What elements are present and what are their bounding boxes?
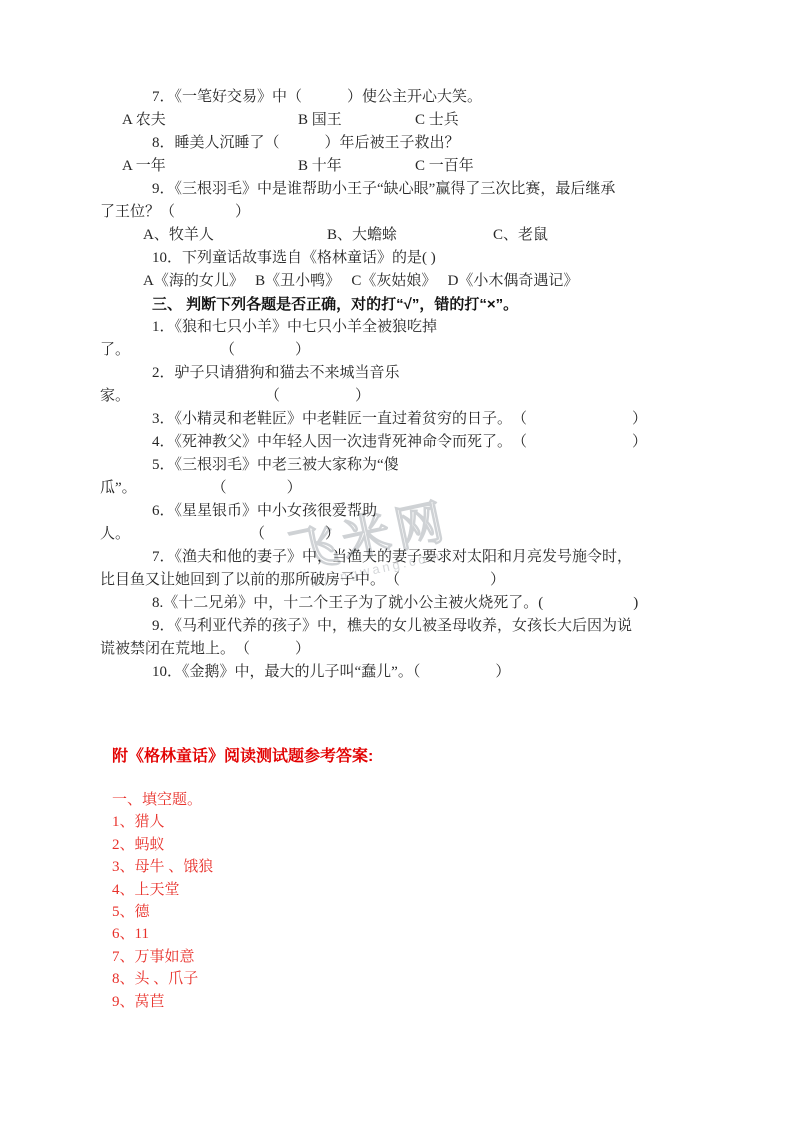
judge-9: 9．《马利亚代养的孩子》中，樵夫的女儿被圣母收养，女孩长大后因为说 [100, 615, 740, 638]
answer-item-9: 9、莴苣 [112, 991, 373, 1013]
judge-1: 1．《狼和七只小羊》中七只小羊全被狼吃掉 [100, 316, 740, 339]
judge-7: 7．《渔夫和他的妻子》中，当渔夫的妻子要求对太阳和月亮发号施令时， [100, 546, 740, 569]
judge-8: 8.《十二兄弟》中，十二个王子为了就小公主被火烧死了。( ) [100, 592, 740, 615]
question-8-options: A 一年 B 十年 C 一百年 [100, 155, 740, 178]
judge-4: 4．《死神教父》中年轻人因一次违背死神命令而死了。 （ ） [100, 431, 740, 454]
quiz-body: 7．《一笔好交易》中（ ）使公主开心大笑。 A 农夫 B 国王 C 士兵 8．睡… [100, 86, 740, 684]
option-b: B、大蟾蜍 [327, 224, 493, 247]
judge-5: 5．《三根羽毛》中老三被大家称为“傻 [100, 454, 740, 477]
option-c: C、老鼠 [493, 224, 548, 247]
option-c: C 士兵 [415, 109, 459, 132]
answer-item-1: 1、猎人 [112, 811, 373, 833]
option-c: C 一百年 [415, 155, 474, 178]
answer-section-title: 一、填空题。 [112, 789, 373, 811]
document-page: 飞米网 kuangwang.com 7．《一笔好交易》中（ ）使公主开心大笑。 … [0, 0, 793, 1122]
section-3-heading: 三、 判断下列各题是否正确，对的打“√”，错的打“×”。 [100, 293, 740, 316]
question-9-wrap: 了王位？（ ） [100, 201, 740, 224]
judge-6: 6．《星星银币》中小女孩很爱帮助 [100, 500, 740, 523]
answer-item-5: 5、德 [112, 901, 373, 923]
judge-6-wrap: 人。 （ ） [100, 523, 740, 546]
option-a: A 一年 [122, 155, 298, 178]
question-9-options: A、牧羊人 B、大蟾蜍 C、老鼠 [100, 224, 740, 247]
question-9: 9．《三根羽毛》中是谁帮助小王子“缺心眼”赢得了三次比赛，最后继承 [100, 178, 740, 201]
option-a: A 农夫 [122, 109, 298, 132]
answer-key-heading: 附《格林童话》阅读测试题参考答案: [112, 747, 373, 767]
option-a: A、牧羊人 [143, 224, 327, 247]
answer-item-3: 3、母牛 、饿狼 [112, 856, 373, 878]
judge-3: 3．《小精灵和老鞋匠》中老鞋匠一直过着贫穷的日子。 （ ） [100, 408, 740, 431]
answer-item-4: 4、上天堂 [112, 879, 373, 901]
question-7: 7．《一笔好交易》中（ ）使公主开心大笑。 [100, 86, 740, 109]
question-10-options: A《海的女儿》 B《丑小鸭》 C《灰姑娘》 D《小木偶奇遇记》 [100, 270, 740, 293]
judge-10: 10．《金鹅》中，最大的儿子叫“蠢儿”。（ ） [100, 661, 740, 684]
answer-item-6: 6、11 [112, 923, 373, 945]
option-b: B 国王 [298, 109, 415, 132]
question-7-options: A 农夫 B 国王 C 士兵 [100, 109, 740, 132]
judge-1-wrap: 了。 （ ） [100, 339, 740, 362]
answer-key: 附《格林童话》阅读测试题参考答案: 一、填空题。 1、猎人 2、蚂蚁 3、母牛 … [112, 747, 373, 1013]
judge-5-wrap: 瓜”。 （ ） [100, 477, 740, 500]
judge-7-wrap: 比目鱼又让她回到了以前的那所破房子中。 （ ） [100, 569, 740, 592]
answer-item-8: 8、头 、爪子 [112, 968, 373, 990]
judge-2-wrap: 家。 （ ） [100, 385, 740, 408]
answer-item-7: 7、万事如意 [112, 946, 373, 968]
judge-9-wrap: 谎被禁闭在荒地上。 （ ） [100, 638, 740, 661]
judge-2: 2．驴子只请猎狗和猫去不来城当音乐 [100, 362, 740, 385]
answer-item-2: 2、蚂蚁 [112, 834, 373, 856]
question-8: 8．睡美人沉睡了（ ）年后被王子救出？ [100, 132, 740, 155]
option-b: B 十年 [298, 155, 415, 178]
question-10: 10．下列童话故事选自《格林童话》的是( ) [100, 247, 740, 270]
